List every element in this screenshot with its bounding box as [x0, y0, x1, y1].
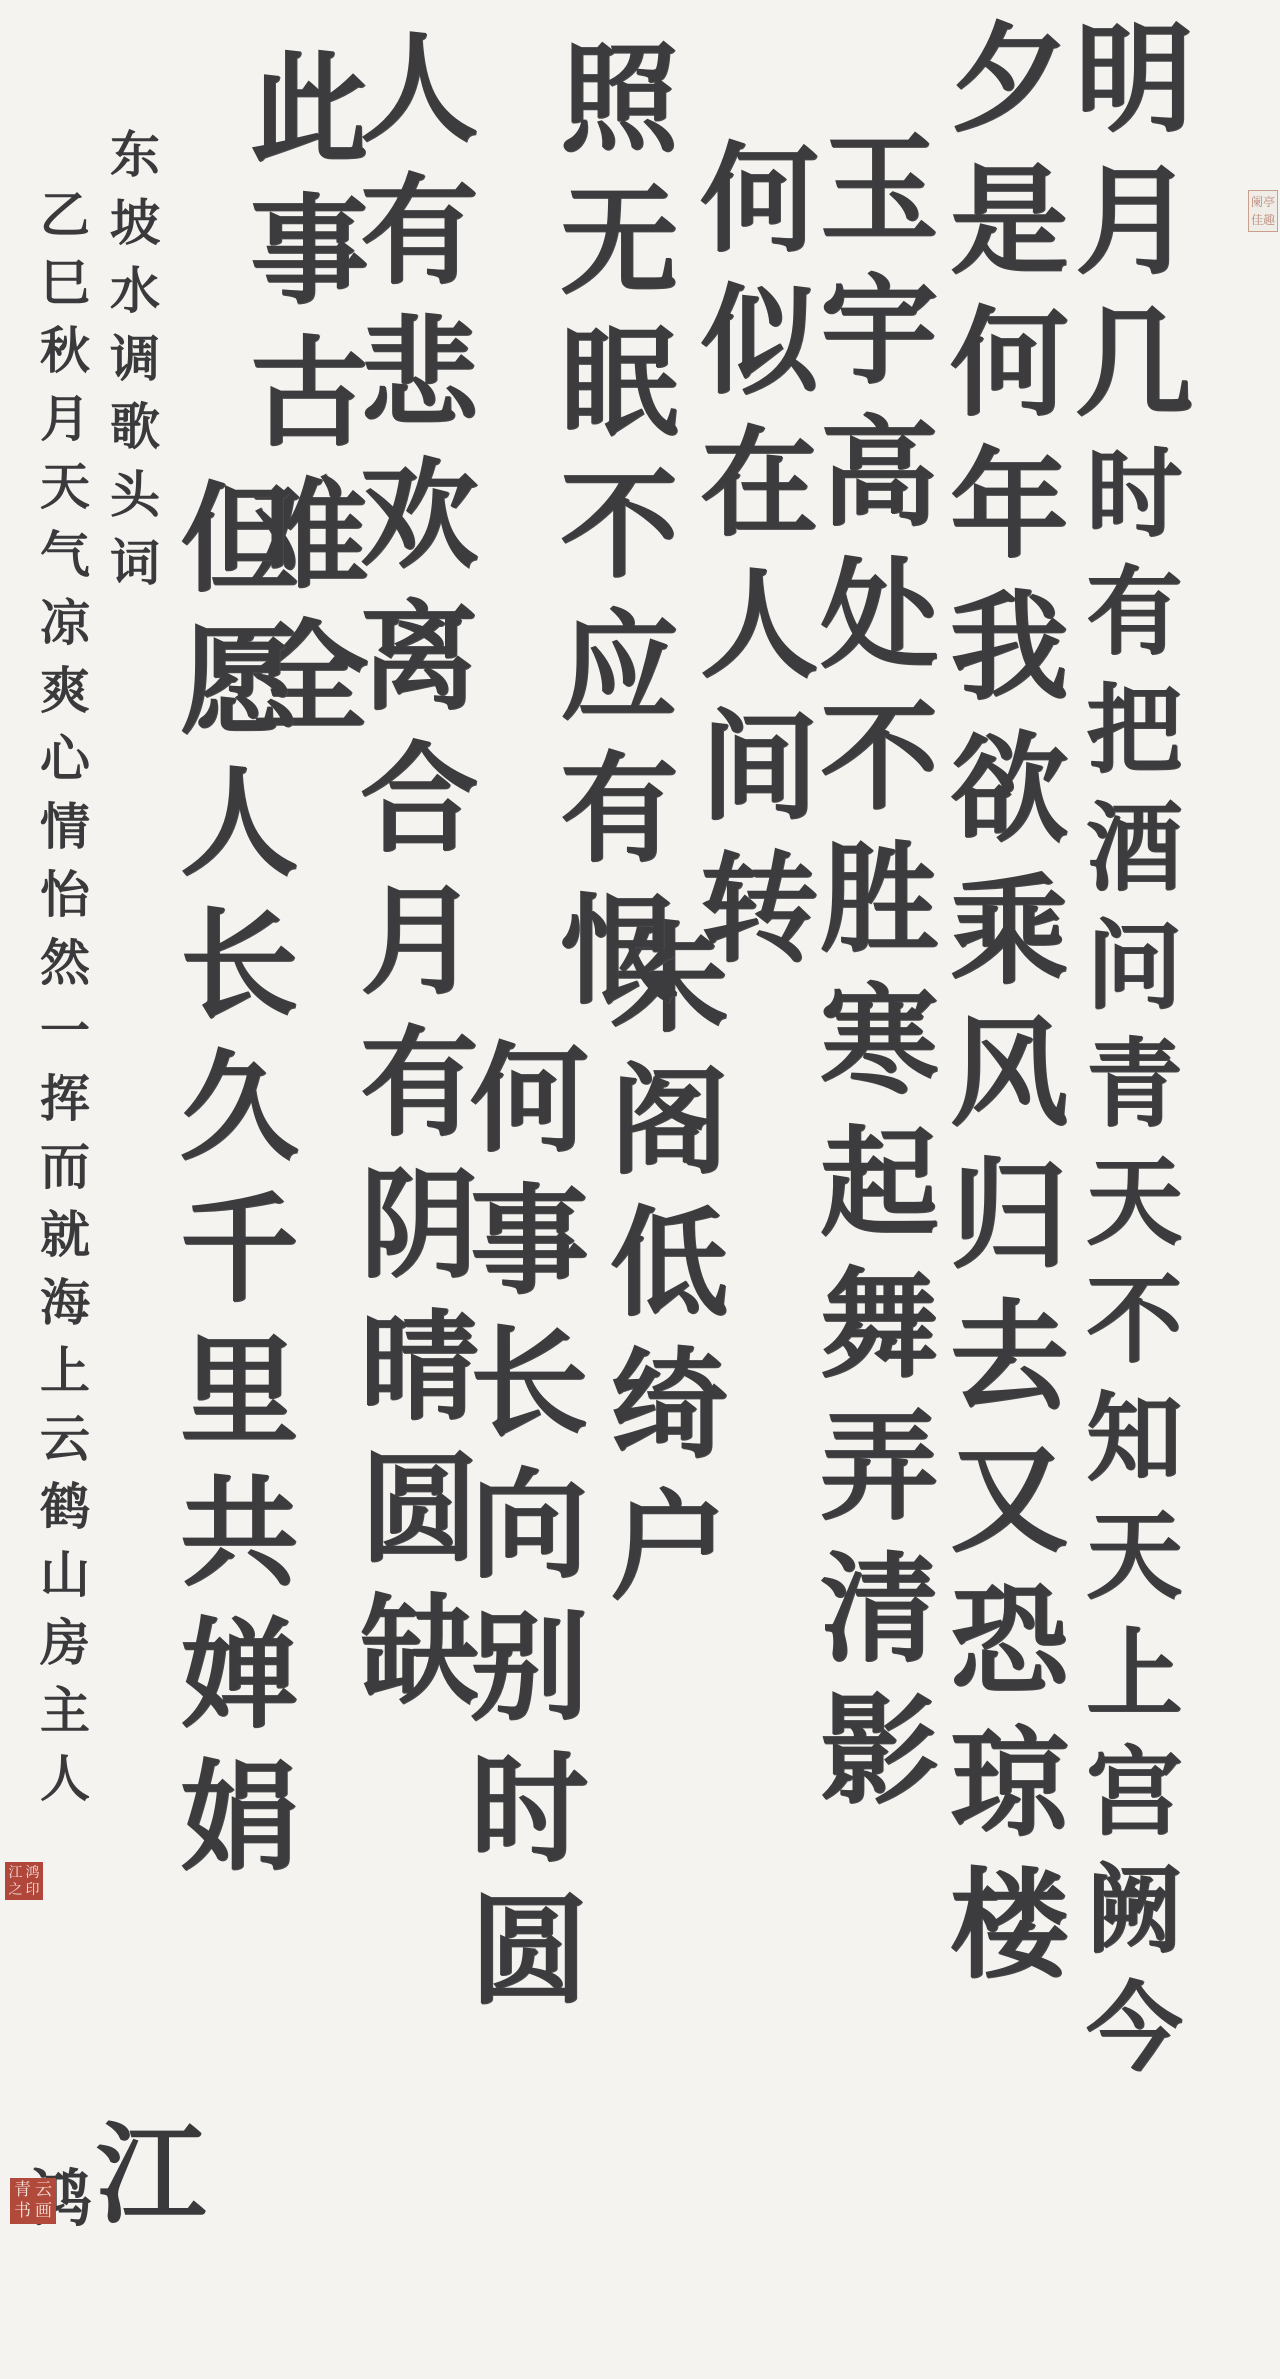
- poem-column-3: 玉 宇 高 处 不 胜 寒 起 舞 弄 清 影: [820, 130, 938, 1834]
- calligraphy-scroll: 明 月 几 时 有 把 酒 问 青 天 不 知 天 上 宫 阙 今 夕 是 何 …: [0, 0, 1280, 2379]
- colophon-char: 乙: [40, 190, 90, 258]
- poem-char: 天: [1086, 1154, 1182, 1272]
- poem-char: 但: [180, 480, 298, 622]
- poem-char: 弄: [820, 1408, 938, 1550]
- poem-char: 共: [180, 1474, 298, 1616]
- poem-char: 无: [560, 182, 678, 324]
- poem-char: 晴: [360, 1308, 478, 1450]
- poem-char: 天: [1086, 1508, 1182, 1626]
- seal-char: 画: [33, 2201, 54, 2222]
- poem-char: 琼: [950, 1724, 1068, 1866]
- colophon-char: 坡: [110, 198, 160, 266]
- seal-char: 阑: [1251, 193, 1263, 211]
- poem-char: 眠: [560, 324, 678, 466]
- poem-char: 是: [950, 162, 1068, 304]
- seal-char: 青: [12, 2180, 33, 2201]
- colophon-char: 就: [40, 1210, 90, 1278]
- seal-char: 亭: [1263, 193, 1275, 211]
- poem-char: 把: [1086, 682, 1182, 800]
- colophon-char: 秋: [40, 326, 90, 394]
- poem-char: 间: [700, 708, 818, 850]
- studio-seal-bottom: 青 云 书 画: [10, 2178, 56, 2224]
- poem-char: 明: [1075, 20, 1193, 162]
- poem-char: 不: [1086, 1272, 1182, 1390]
- poem-char: 婵: [180, 1616, 298, 1758]
- poem-char: 有: [360, 1024, 478, 1166]
- poem-char: 此: [250, 50, 368, 192]
- poem-char: 离: [360, 598, 478, 740]
- colophon-char: 山: [40, 1550, 90, 1618]
- poem-char: 时: [1086, 446, 1182, 564]
- poem-char: 户: [610, 1488, 728, 1630]
- poem-char: 古: [250, 334, 368, 476]
- colophon-char: 挥: [40, 1074, 90, 1142]
- poem-column-2: 夕 是 何 年 我 欲 乘 风 归 去 又 恐 琼 楼: [950, 20, 1068, 2008]
- seal-char: 书: [12, 2201, 33, 2222]
- poem-char: 酒: [1086, 800, 1182, 918]
- colophon-char: 然: [40, 938, 90, 1006]
- colophon-char: 歌: [110, 402, 160, 470]
- poem-char: 不: [820, 698, 938, 840]
- poem-char: 欲: [950, 730, 1068, 872]
- poem-column-6: 照 无 眠 不 应 有 恨: [560, 40, 678, 1034]
- colophon-char: 海: [40, 1278, 90, 1346]
- poem-char: 人: [360, 30, 478, 172]
- poem-char: 照: [560, 40, 678, 182]
- poem-char: 圆: [360, 1450, 478, 1592]
- colophon-char: 天: [40, 462, 90, 530]
- poem-char: 愿: [180, 622, 298, 764]
- poem-char: 阙: [1086, 1862, 1182, 1980]
- poem-char: 时: [470, 1750, 588, 1892]
- seal-char: 云: [33, 2180, 54, 2201]
- poem-char: 问: [1086, 918, 1182, 1036]
- colophon-char: 巳: [40, 258, 90, 326]
- poem-char: 有: [1086, 564, 1182, 682]
- poem-char: 又: [950, 1440, 1068, 1582]
- seal-char: 鸿: [24, 1864, 41, 1881]
- poem-column-10: 但 愿 人 长 久 千 里 共 婵 娟: [180, 480, 298, 1900]
- poem-char: 夕: [950, 20, 1068, 162]
- poem-char: 今: [1086, 1980, 1182, 2098]
- name-seal: 江 鸿 之 印: [5, 1862, 43, 1900]
- poem-char: 向: [470, 1466, 588, 1608]
- colophon-char: 凉: [40, 598, 90, 666]
- colophon-char: 情: [40, 802, 90, 870]
- poem-char: 欢: [360, 456, 478, 598]
- colophon-char: 气: [40, 530, 90, 598]
- seal-char: 江: [7, 1864, 24, 1881]
- poem-char: 缺: [360, 1592, 478, 1734]
- colophon-char: 房: [40, 1618, 90, 1686]
- poem-char: 里: [180, 1332, 298, 1474]
- colophon-char: 头: [110, 470, 160, 538]
- poem-char: 应: [560, 608, 678, 750]
- colophon-char: 词: [110, 538, 160, 606]
- poem-char: 长: [180, 906, 298, 1048]
- poem-char: 清: [820, 1550, 938, 1692]
- poem-char: 宫: [1086, 1744, 1182, 1862]
- colophon-char: 怡: [40, 870, 90, 938]
- poem-char: 几: [1075, 304, 1193, 446]
- poem-char: 影: [820, 1692, 938, 1834]
- colophon-char: 人: [40, 1754, 90, 1822]
- leisure-seal-top-right: 阑 亭 佳 趣: [1248, 190, 1278, 232]
- poem-char: 久: [180, 1048, 298, 1190]
- poem-char: 圆: [470, 1892, 588, 2034]
- poem-char: 宇: [820, 272, 938, 414]
- poem-char: 胜: [820, 840, 938, 982]
- poem-column-8: 人 有 悲 欢 离 合 月 有 阴 晴 圆 缺: [360, 30, 478, 1734]
- colophon-char: 一: [40, 1006, 90, 1074]
- poem-char: 去: [950, 1298, 1068, 1440]
- colophon-char: 上: [40, 1346, 90, 1414]
- colophon-char: 月: [40, 394, 90, 462]
- colophon-char: 爽: [40, 666, 90, 734]
- colophon-char: 水: [110, 266, 160, 334]
- poem-char: 阴: [360, 1166, 478, 1308]
- poem-char: 楼: [950, 1866, 1068, 2008]
- poem-char: 寒: [820, 982, 938, 1124]
- poem-char: 娟: [180, 1758, 298, 1900]
- poem-char: 高: [820, 414, 938, 556]
- colophon-line-2: 乙 巳 秋 月 天 气 凉 爽 心 情 怡 然 一 挥 而 就 海 上 云 鹤 …: [40, 190, 90, 1822]
- poem-char: 似: [700, 282, 818, 424]
- poem-char: 我: [950, 588, 1068, 730]
- poem-char: 月: [360, 882, 478, 1024]
- poem-char: 何: [470, 1040, 588, 1182]
- poem-char: 上: [1086, 1626, 1182, 1744]
- poem-char: 事: [470, 1182, 588, 1324]
- poem-char: 千: [180, 1190, 298, 1332]
- poem-char: 在: [700, 424, 818, 566]
- poem-char: 人: [180, 764, 298, 906]
- poem-column-1: 明 月 几 时 有 把 酒 问 青 天 不 知 天 上 宫 阙 今: [1075, 20, 1193, 2098]
- colophon-char: 调: [110, 334, 160, 402]
- colophon-char: 主: [40, 1686, 90, 1754]
- poem-char: 别: [470, 1608, 588, 1750]
- poem-char: 何: [950, 304, 1068, 446]
- seal-char: 趣: [1263, 211, 1275, 229]
- poem-char: 绮: [610, 1346, 728, 1488]
- poem-char: 有: [360, 172, 478, 314]
- seal-char: 之: [7, 1881, 24, 1898]
- poem-char: 处: [820, 556, 938, 698]
- colophon-char: 心: [40, 734, 90, 802]
- poem-char: 恨: [560, 892, 678, 1034]
- poem-char: 人: [700, 566, 818, 708]
- poem-char: 乘: [950, 872, 1068, 1014]
- poem-char: 不: [560, 466, 678, 608]
- poem-char: 长: [470, 1324, 588, 1466]
- artist-signature: 江 鸿: [30, 2120, 206, 2230]
- poem-char: 悲: [360, 314, 478, 456]
- poem-char: 有: [560, 750, 678, 892]
- poem-char: 恐: [950, 1582, 1068, 1724]
- poem-char: 阁: [610, 1062, 728, 1204]
- poem-column-7: 何 事 长 向 别 时 圆: [470, 1040, 588, 2034]
- colophon-char: 鹤: [40, 1482, 90, 1550]
- colophon-char: 东: [110, 130, 160, 198]
- poem-char: 合: [360, 740, 478, 882]
- poem-char: 年: [950, 446, 1068, 588]
- seal-char: 佳: [1251, 211, 1263, 229]
- colophon-char: 云: [40, 1414, 90, 1482]
- poem-char: 低: [610, 1204, 728, 1346]
- poem-char: 归: [950, 1156, 1068, 1298]
- poem-char: 青: [1086, 1036, 1182, 1154]
- poem-char: 舞: [820, 1266, 938, 1408]
- poem-char: 月: [1075, 162, 1193, 304]
- poem-column-4: 何 似 在 人 间 转: [700, 140, 818, 992]
- poem-char: 玉: [820, 130, 938, 272]
- poem-char: 何: [700, 140, 818, 282]
- poem-char: 风: [950, 1014, 1068, 1156]
- signature-char: 江: [96, 2120, 206, 2230]
- colophon-line-1: 东 坡 水 调 歌 头 词: [110, 130, 160, 606]
- colophon-char: 而: [40, 1142, 90, 1210]
- poem-char: 起: [820, 1124, 938, 1266]
- poem-char: 事: [250, 192, 368, 334]
- poem-char: 知: [1086, 1390, 1182, 1508]
- seal-char: 印: [24, 1881, 41, 1898]
